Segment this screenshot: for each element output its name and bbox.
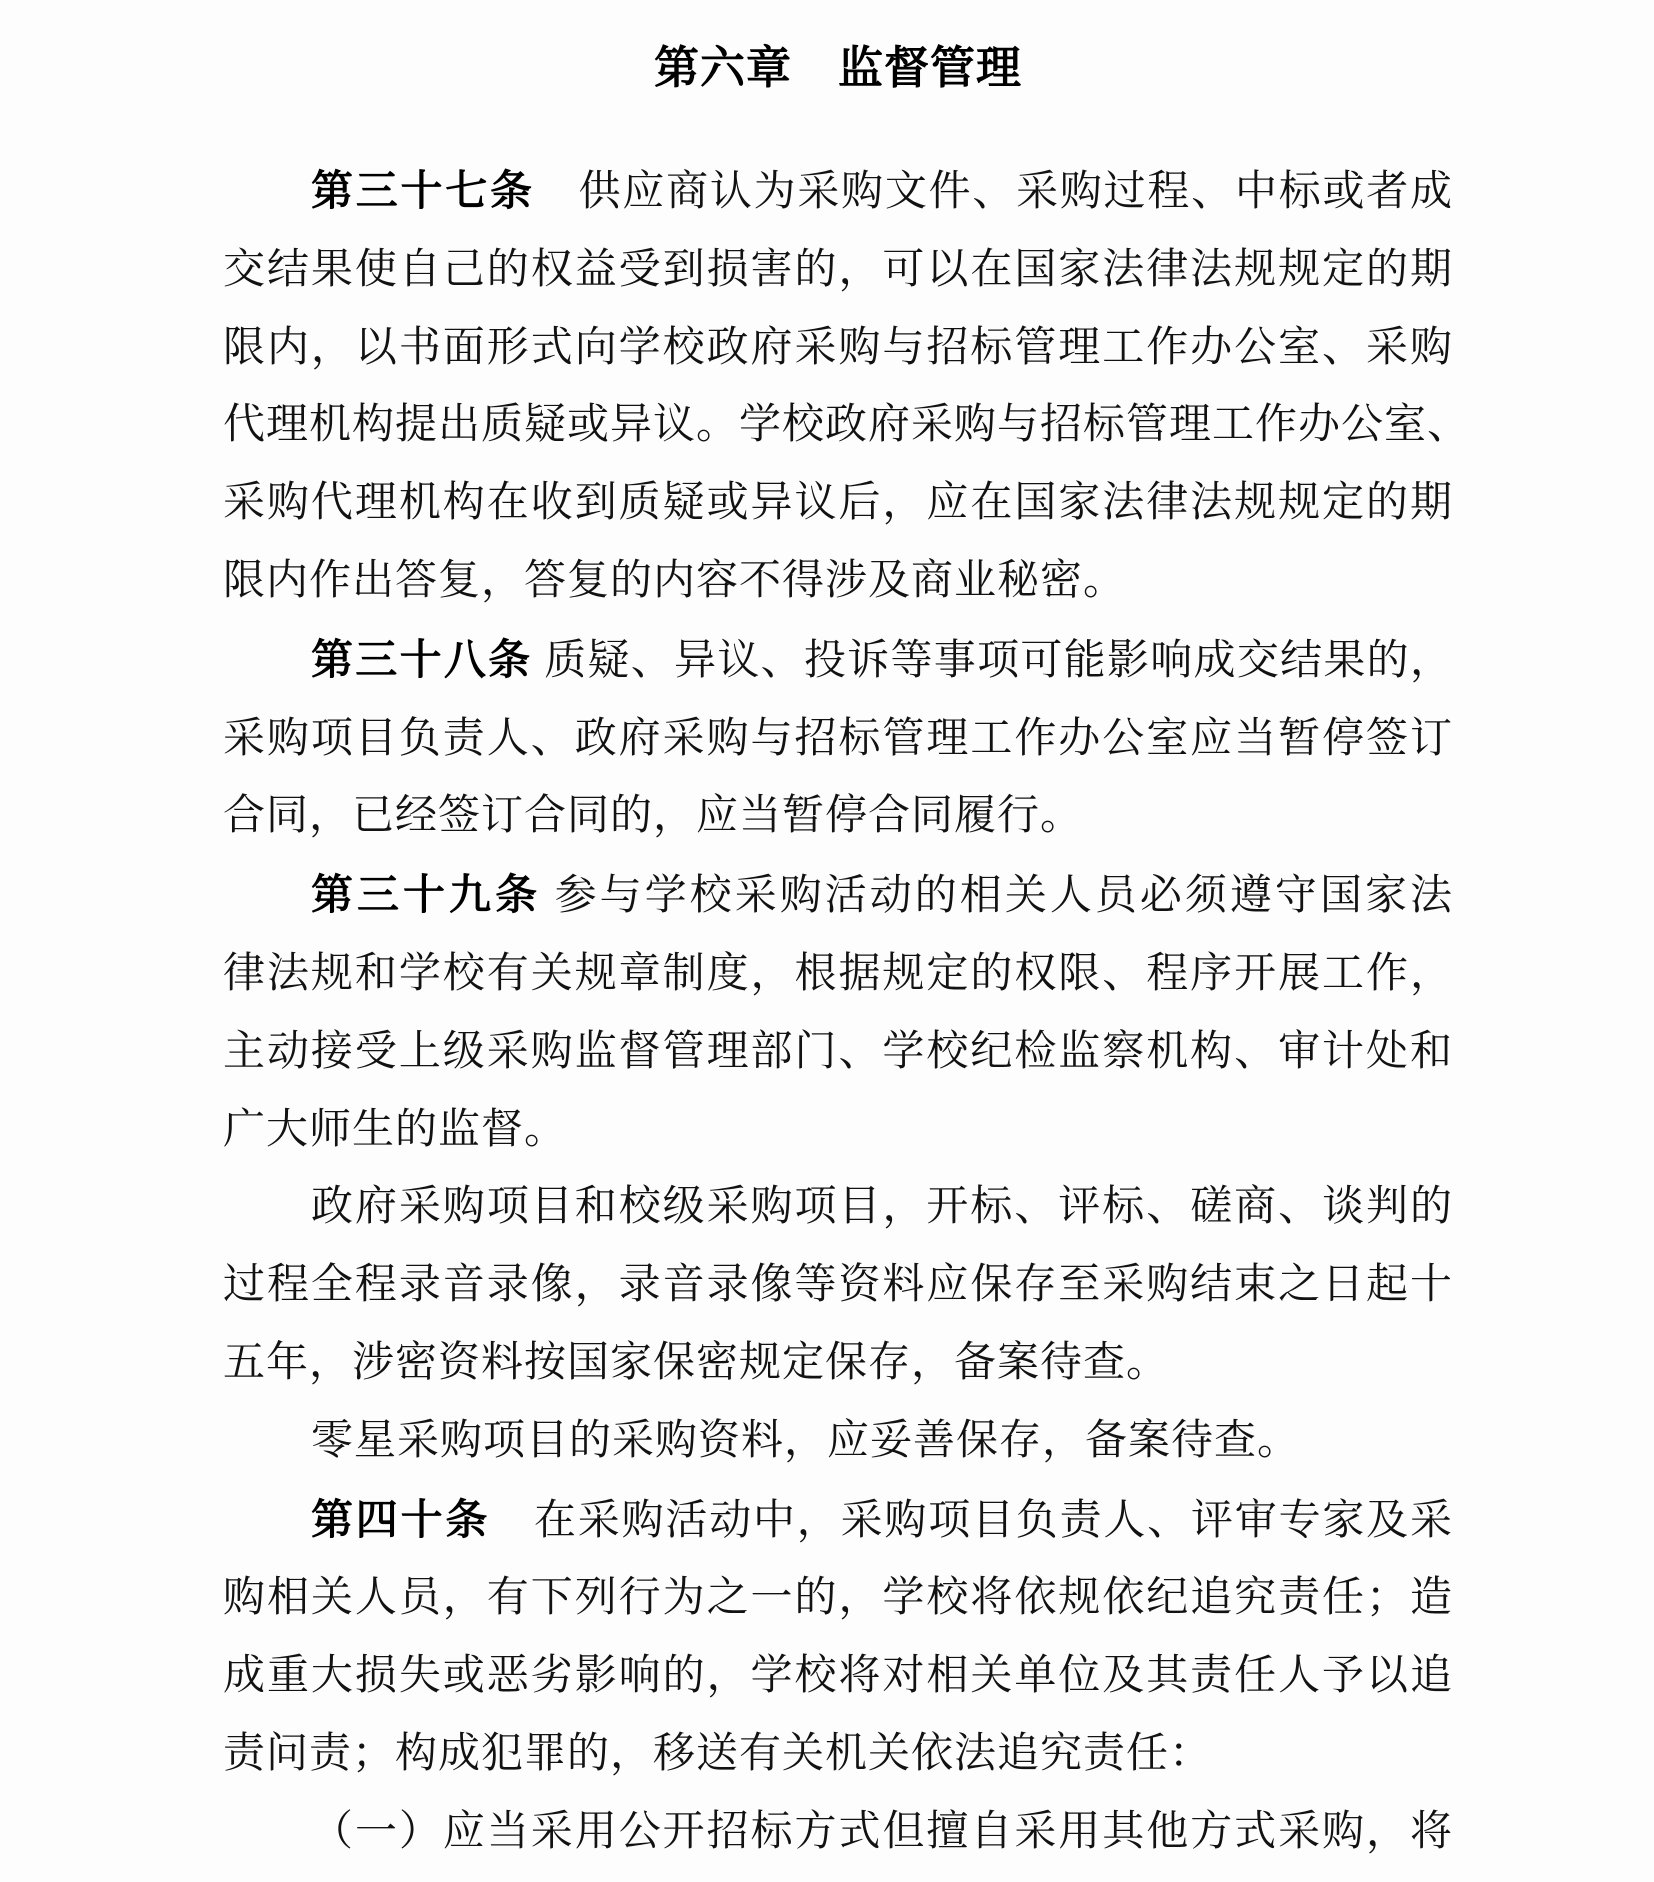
- text-line: 采购项目负责人、政府采购与招标管理工作办公室应当暂停签订: [223, 701, 1453, 779]
- text-line: 成重大损失或恶劣影响的，学校将对相关单位及其责任人予以追: [223, 1638, 1453, 1716]
- article-40: 第四十条 在采购活动中，采购项目负责人、评审专家及采购相关人员，有下列行为之一的…: [223, 1481, 1453, 1794]
- line-text: 广大师生的监督。: [223, 1107, 567, 1153]
- text-line: 零星采购项目的采购资料，应妥善保存，备案待查。: [223, 1403, 1453, 1481]
- line-text: 质疑、异议、投诉等事项可能影响成交结果的，: [532, 638, 1453, 684]
- line-text: 采购代理机构在收到质疑或异议后，应在国家法律法规规定的期: [223, 480, 1453, 526]
- line-text: 律法规和学校有关规章制度，根据规定的权限、程序开展工作，: [223, 951, 1453, 997]
- text-line: 过程全程录音录像，录音录像等资料应保存至采购结束之日起十: [223, 1247, 1453, 1325]
- text-line: 第三十八条 质疑、异议、投诉等事项可能影响成交结果的，: [223, 621, 1453, 701]
- line-text: 参与学校采购活动的相关人员必须遵守国家法: [541, 873, 1453, 919]
- article-39: 第三十九条 参与学校采购活动的相关人员必须遵守国家法律法规和学校有关规章制度，根…: [223, 856, 1453, 1169]
- line-text: 零星采购项目的采购资料，应妥善保存，备案待查。: [311, 1418, 1300, 1464]
- line-text: 采购项目负责人、政府采购与招标管理工作办公室应当暂停签订: [223, 716, 1453, 762]
- text-line: 购相关人员，有下列行为之一的，学校将依规依纪追究责任；造: [223, 1560, 1453, 1638]
- text-line: 第四十条 在采购活动中，采购项目负责人、评审专家及采: [223, 1481, 1453, 1561]
- document-body: 第三十七条 供应商认为采购文件、采购过程、中标或者成交结果使自己的权益受到损害的…: [223, 152, 1453, 1872]
- text-line: 责问责；构成犯罪的，移送有关机关依法追究责任：: [223, 1716, 1453, 1794]
- text-line: 采购代理机构在收到质疑或异议后，应在国家法律法规规定的期: [223, 465, 1453, 543]
- line-text: 主动接受上级采购监督管理部门、学校纪检监察机构、审计处和: [223, 1029, 1453, 1075]
- line-text: 供应商认为采购文件、采购过程、中标或者成: [535, 169, 1453, 215]
- line-text: 成重大损失或恶劣影响的，学校将对相关单位及其责任人予以追: [223, 1653, 1453, 1699]
- text-line: 代理机构提出质疑或异议。学校政府采购与招标管理工作办公室、: [223, 387, 1453, 465]
- article-number: 第四十条: [311, 1496, 490, 1543]
- line-text: 代理机构提出质疑或异议。学校政府采购与招标管理工作办公室、: [223, 402, 1470, 448]
- line-text: 责问责；构成犯罪的，移送有关机关依法追究责任：: [223, 1731, 1212, 1777]
- text-line: （一）应当采用公开招标方式但擅自采用其他方式采购，将: [223, 1794, 1453, 1872]
- line-text: 限内作出答复，答复的内容不得涉及商业秘密。: [223, 558, 1126, 604]
- chapter-title: 第六章 监督管理: [223, 40, 1453, 96]
- line-text: 交结果使自己的权益受到损害的，可以在国家法律法规规定的期: [223, 247, 1453, 293]
- article-38: 第三十八条 质疑、异议、投诉等事项可能影响成交结果的，采购项目负责人、政府采购与…: [223, 621, 1453, 856]
- text-line: 五年，涉密资料按国家保密规定保存，备案待查。: [223, 1325, 1453, 1403]
- line-text: 限内，以书面形式向学校政府采购与招标管理工作办公室、采购: [223, 325, 1453, 371]
- line-text: 合同，已经签订合同的，应当暂停合同履行。: [223, 793, 1083, 839]
- text-line: 交结果使自己的权益受到损害的，可以在国家法律法规规定的期: [223, 232, 1453, 310]
- article-number: 第三十九条: [311, 871, 541, 918]
- text-line: 限内作出答复，答复的内容不得涉及商业秘密。: [223, 543, 1453, 621]
- article-40-item-1: （一）应当采用公开招标方式但擅自采用其他方式采购，将: [223, 1794, 1453, 1872]
- article-37: 第三十七条 供应商认为采购文件、采购过程、中标或者成交结果使自己的权益受到损害的…: [223, 152, 1453, 621]
- text-line: 限内，以书面形式向学校政府采购与招标管理工作办公室、采购: [223, 310, 1453, 388]
- article-39-para-2: 政府采购项目和校级采购项目，开标、评标、磋商、谈判的过程全程录音录像，录音录像等…: [223, 1169, 1453, 1402]
- line-text: （一）应当采用公开招标方式但擅自采用其他方式采购，将: [311, 1809, 1453, 1855]
- text-line: 第三十九条 参与学校采购活动的相关人员必须遵守国家法: [223, 856, 1453, 936]
- line-text: 政府采购项目和校级采购项目，开标、评标、磋商、谈判的: [311, 1184, 1453, 1230]
- line-text: 过程全程录音录像，录音录像等资料应保存至采购结束之日起十: [223, 1262, 1453, 1308]
- text-line: 第三十七条 供应商认为采购文件、采购过程、中标或者成: [223, 152, 1453, 232]
- line-text: 在采购活动中，采购项目负责人、评审专家及采: [490, 1498, 1453, 1544]
- text-line: 律法规和学校有关规章制度，根据规定的权限、程序开展工作，: [223, 936, 1453, 1014]
- document-page: 第六章 监督管理 第三十七条 供应商认为采购文件、采购过程、中标或者成交结果使自…: [0, 0, 1654, 1882]
- article-number: 第三十八条: [311, 636, 532, 683]
- line-text: 购相关人员，有下列行为之一的，学校将依规依纪追究责任；造: [223, 1575, 1453, 1621]
- text-line: 政府采购项目和校级采购项目，开标、评标、磋商、谈判的: [223, 1169, 1453, 1247]
- text-line: 合同，已经签订合同的，应当暂停合同履行。: [223, 778, 1453, 856]
- text-line: 主动接受上级采购监督管理部门、学校纪检监察机构、审计处和: [223, 1014, 1453, 1092]
- article-39-para-3: 零星采购项目的采购资料，应妥善保存，备案待查。: [223, 1403, 1453, 1481]
- line-text: 五年，涉密资料按国家保密规定保存，备案待查。: [223, 1340, 1169, 1386]
- text-line: 广大师生的监督。: [223, 1092, 1453, 1170]
- article-number: 第三十七条: [311, 167, 535, 214]
